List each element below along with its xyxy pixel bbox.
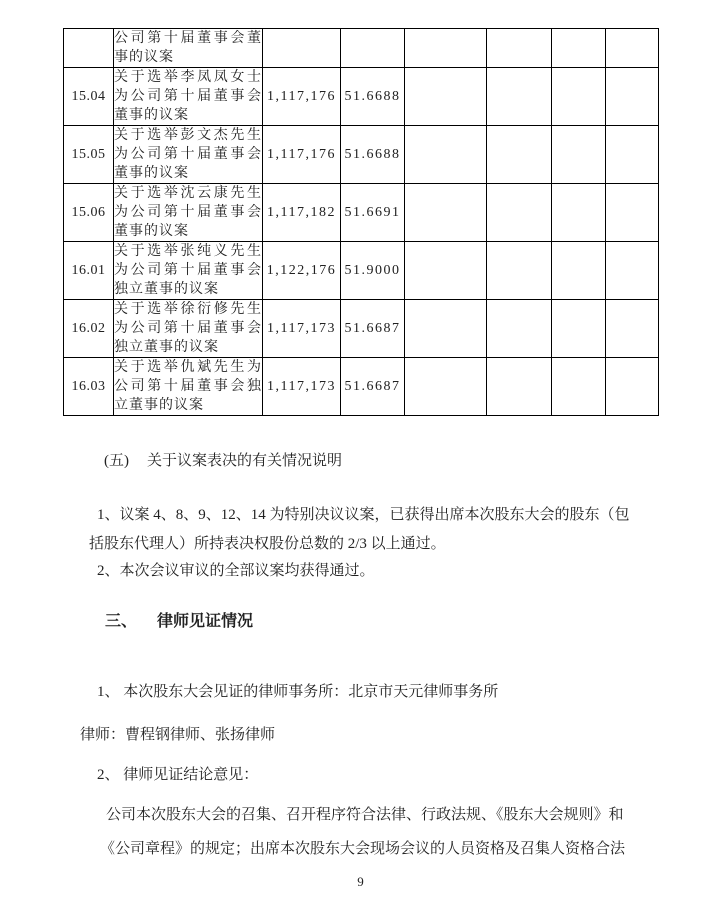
votes-cell — [263, 29, 341, 68]
proposal-no-cell: 16.02 — [64, 300, 114, 358]
proposal-no-cell: 16.01 — [64, 242, 114, 300]
empty-cell — [487, 242, 552, 300]
empty-cell — [405, 358, 487, 416]
empty-cell — [405, 29, 487, 68]
votes-cell: 1,117,173 — [263, 300, 341, 358]
proposal-title-cell: 关于选举仇斌先生为公司第十届董事会独立董事的议案 — [114, 358, 263, 416]
table-row: 15.04 关于选举李凤凤女士为公司第十届董事会董事的议案 1,117,176 … — [64, 68, 659, 126]
table-row: 15.05 关于选举彭文杰先生为公司第十届董事会董事的议案 1,117,176 … — [64, 126, 659, 184]
notes-section-label: (五) — [104, 452, 129, 470]
votes-cell: 1,122,176 — [263, 242, 341, 300]
empty-cell — [405, 300, 487, 358]
empty-cell — [606, 126, 659, 184]
document-page: 公司第十届董事会董事的议案 15.04 关于选举李凤凤女士为公司第十届董事会董事… — [0, 0, 721, 899]
empty-cell — [606, 300, 659, 358]
proposal-no-cell: 15.04 — [64, 68, 114, 126]
empty-cell — [606, 358, 659, 416]
table-row: 16.01 关于选举张纯义先生为公司第十届董事会独立董事的议案 1,122,17… — [64, 242, 659, 300]
conclusion-line-1: 公司本次股东大会的召集、召开程序符合法律、行政法规、《股东大会规则》和 — [106, 806, 624, 824]
notes-section-title: 关于议案表决的有关情况说明 — [147, 453, 342, 469]
lawyer-item-1: 1、 本次股东大会见证的律师事务所：北京市天元律师事务所 — [97, 683, 498, 701]
empty-cell — [487, 184, 552, 242]
voting-results-table: 公司第十届董事会董事的议案 15.04 关于选举李凤凤女士为公司第十届董事会董事… — [63, 28, 659, 416]
empty-cell — [405, 242, 487, 300]
proposal-no-cell: 15.05 — [64, 126, 114, 184]
lawyer-names-line: 律师：曹程钢律师、张扬律师 — [80, 726, 275, 744]
proposal-title-cell: 关于选举沈云康先生为公司第十届董事会董事的议案 — [114, 184, 263, 242]
page-number: 9 — [0, 874, 721, 890]
notes-paragraph-1-line-2: 括股东代理人）所持表决权股份总数的 2/3 以上通过。 — [89, 535, 446, 553]
empty-cell — [405, 126, 487, 184]
proposal-title-cell: 关于选举徐衍修先生为公司第十届董事会独立董事的议案 — [114, 300, 263, 358]
votes-cell: 1,117,176 — [263, 126, 341, 184]
votes-cell: 1,117,182 — [263, 184, 341, 242]
lawyer-section-heading: 三、律师见证情况 — [105, 613, 253, 631]
empty-cell — [487, 68, 552, 126]
percent-cell: 51.6687 — [341, 300, 405, 358]
empty-cell — [487, 126, 552, 184]
empty-cell — [552, 126, 606, 184]
proposal-no-cell: 16.03 — [64, 358, 114, 416]
lawyer-section-label: 三、 — [105, 613, 137, 631]
percent-cell: 51.6688 — [341, 68, 405, 126]
empty-cell — [552, 68, 606, 126]
percent-cell — [341, 29, 405, 68]
notes-paragraph-2: 2、本次会议审议的全部议案均获得通过。 — [97, 562, 375, 580]
empty-cell — [552, 29, 606, 68]
proposal-title-cell: 关于选举张纯义先生为公司第十届董事会独立董事的议案 — [114, 242, 263, 300]
empty-cell — [606, 184, 659, 242]
table-row: 15.06 关于选举沈云康先生为公司第十届董事会董事的议案 1,117,182 … — [64, 184, 659, 242]
empty-cell — [487, 29, 552, 68]
votes-cell: 1,117,176 — [263, 68, 341, 126]
empty-cell — [405, 68, 487, 126]
empty-cell — [552, 242, 606, 300]
notes-section-heading: (五)关于议案表决的有关情况说明 — [104, 452, 342, 470]
conclusion-line-2: 《公司章程》的规定；出席本次股东大会现场会议的人员资格及召集人资格合法 — [100, 840, 625, 858]
percent-cell: 51.6691 — [341, 184, 405, 242]
proposal-title-cell: 公司第十届董事会董事的议案 — [114, 29, 263, 68]
table-row: 16.02 关于选举徐衍修先生为公司第十届董事会独立董事的议案 1,117,17… — [64, 300, 659, 358]
lawyer-section-title: 律师见证情况 — [157, 613, 253, 630]
empty-cell — [487, 300, 552, 358]
empty-cell — [487, 358, 552, 416]
table-row: 16.03 关于选举仇斌先生为公司第十届董事会独立董事的议案 1,117,173… — [64, 358, 659, 416]
proposal-title-cell: 关于选举彭文杰先生为公司第十届董事会董事的议案 — [114, 126, 263, 184]
proposal-no-cell: 15.06 — [64, 184, 114, 242]
empty-cell — [552, 184, 606, 242]
percent-cell: 51.6687 — [341, 358, 405, 416]
proposal-no-cell — [64, 29, 114, 68]
percent-cell: 51.9000 — [341, 242, 405, 300]
empty-cell — [405, 184, 487, 242]
empty-cell — [606, 242, 659, 300]
lawyer-item-2: 2、 律师见证结论意见： — [97, 766, 258, 784]
empty-cell — [606, 29, 659, 68]
votes-cell: 1,117,173 — [263, 358, 341, 416]
notes-paragraph-1-line-1: 1、议案 4、8、9、12、14 为特别决议议案，已获得出席本次股东大会的股东（… — [97, 506, 630, 524]
empty-cell — [552, 300, 606, 358]
empty-cell — [606, 68, 659, 126]
percent-cell: 51.6688 — [341, 126, 405, 184]
proposal-title-cell: 关于选举李凤凤女士为公司第十届董事会董事的议案 — [114, 68, 263, 126]
empty-cell — [552, 358, 606, 416]
table-row: 公司第十届董事会董事的议案 — [64, 29, 659, 68]
